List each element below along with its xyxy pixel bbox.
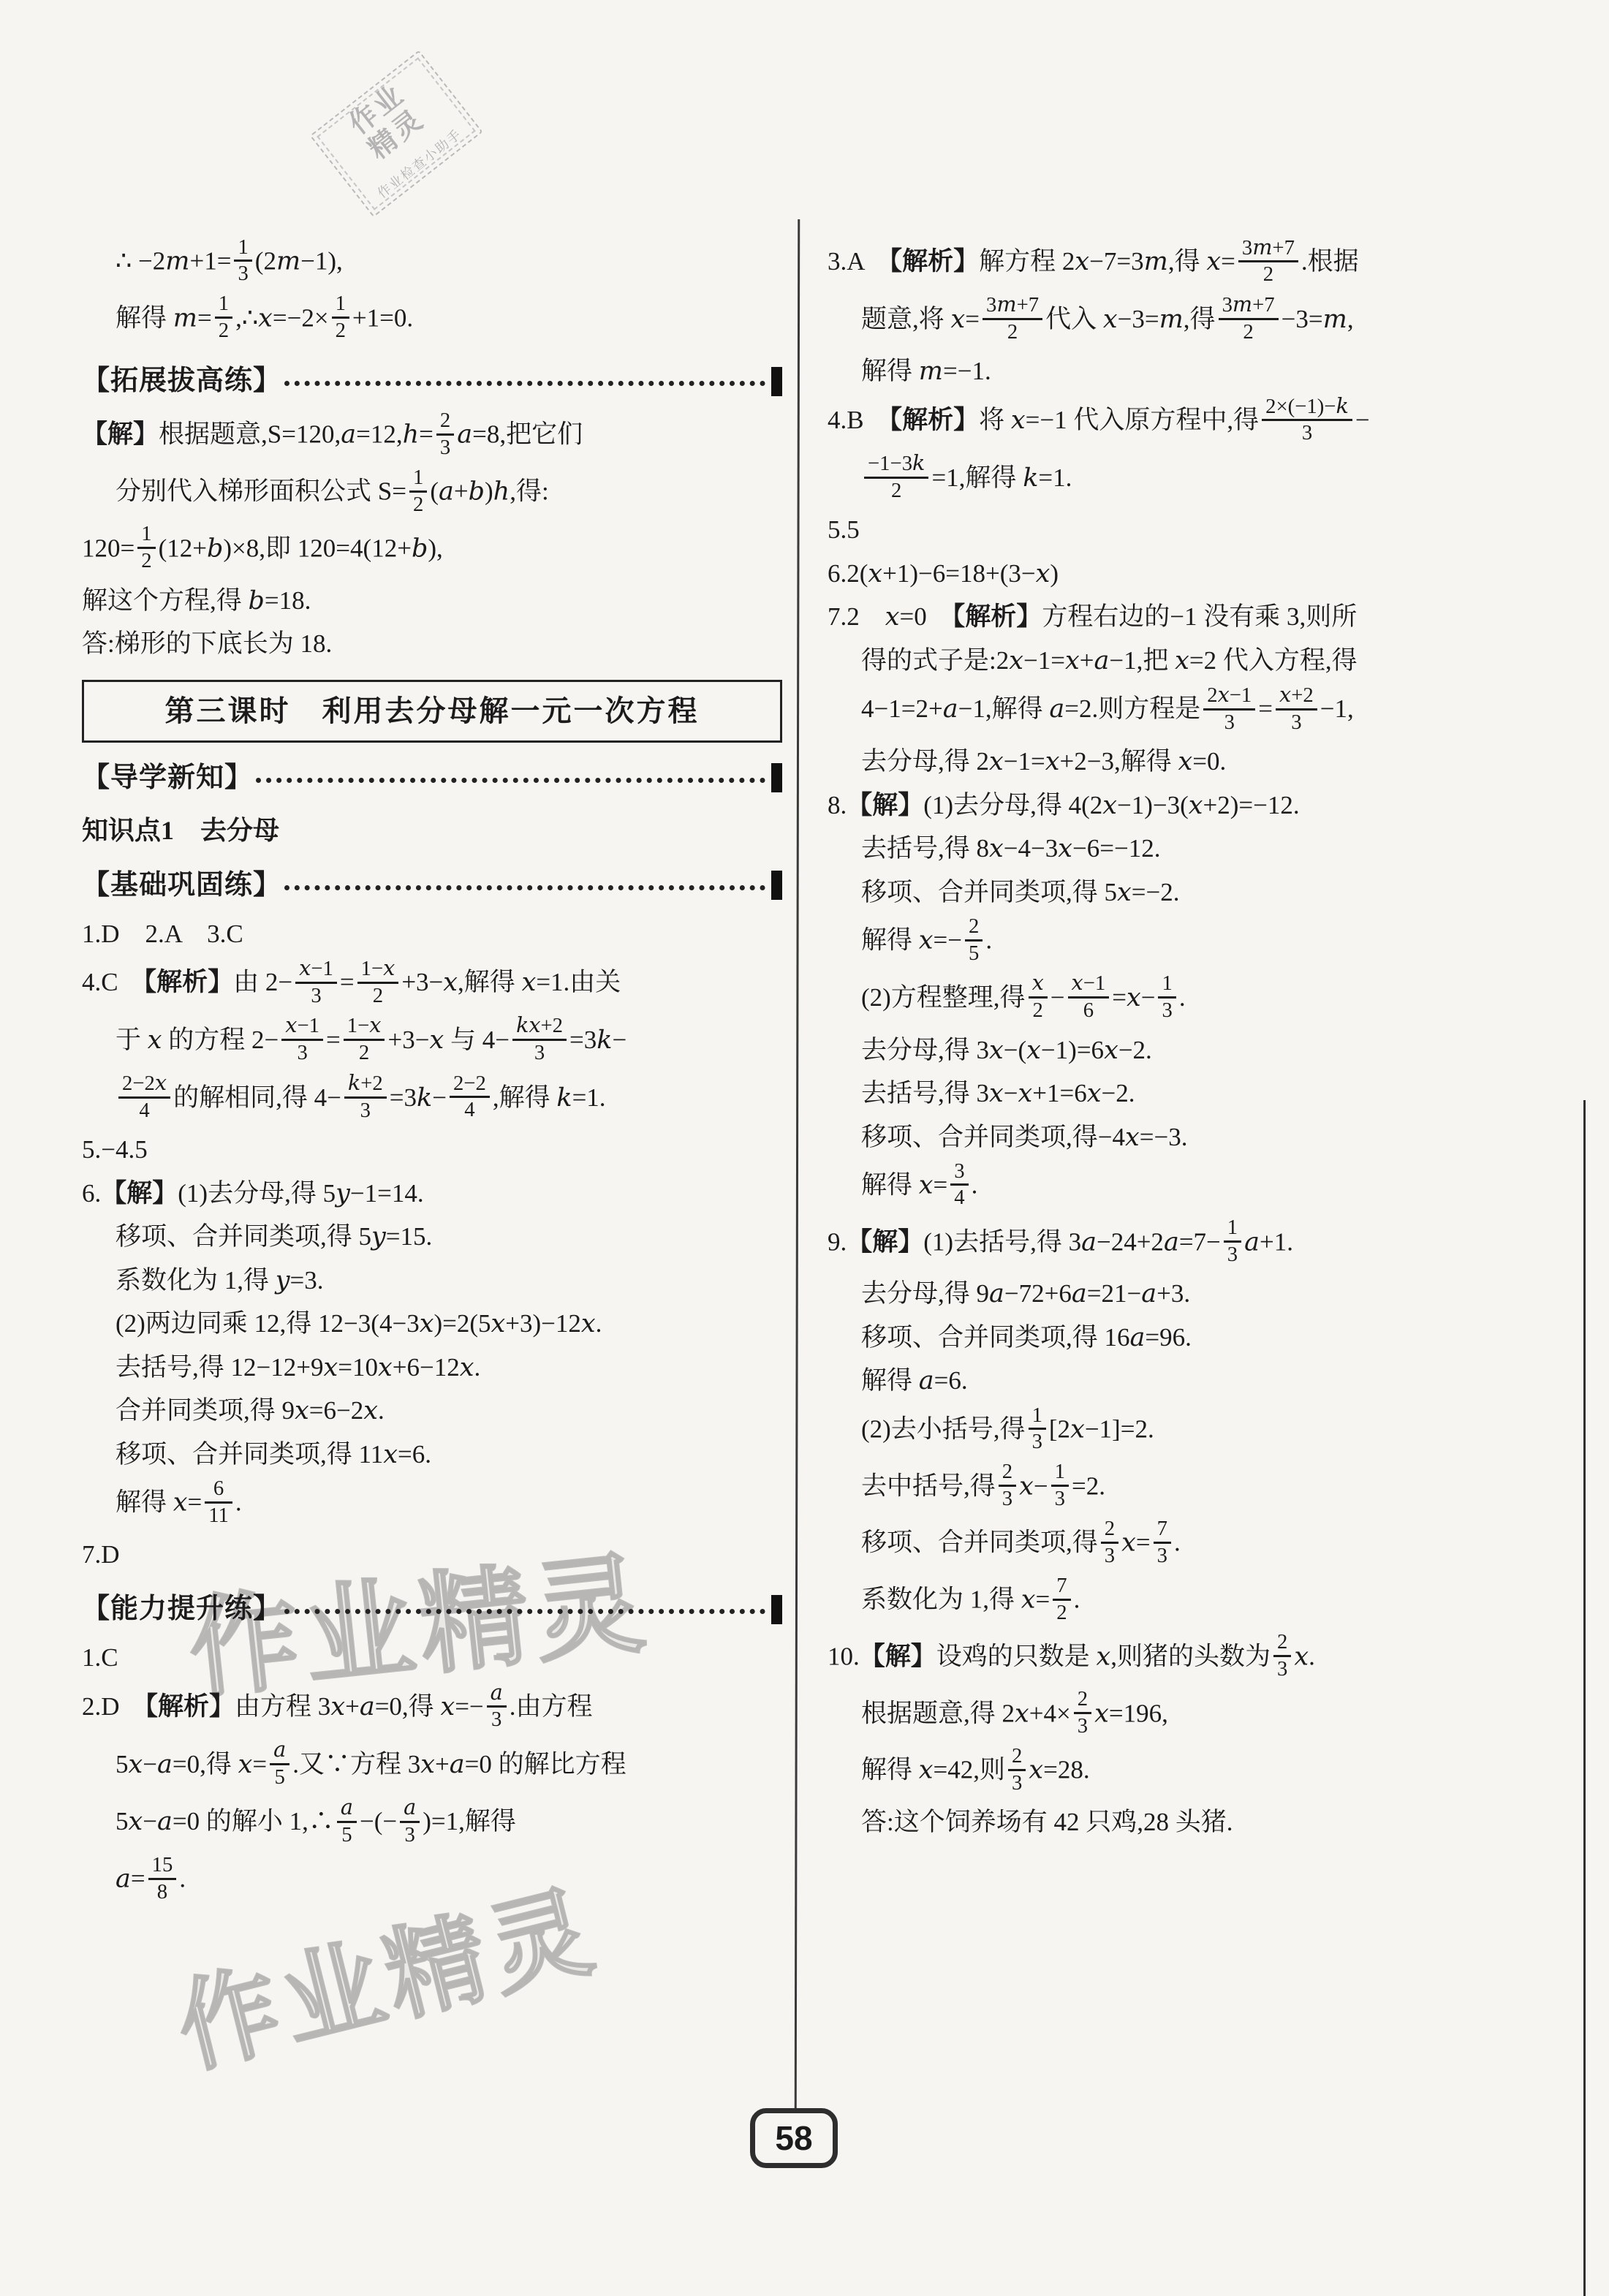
fraction: a3 — [400, 1795, 420, 1848]
right-column: 3.A 【解析】解方程 2x−7=3m,得 x=3m+72.根据题意,将 x=3… — [828, 232, 1529, 1847]
math-line: 8.【解】(1)去分母,得 4(2x−1)−3(x+2)=−12. — [828, 787, 1529, 825]
column-divider-line — [795, 219, 800, 2117]
math-line: 2−2x4的解相同,得 4−k+23=3k−2−24,解得 k=1. — [82, 1074, 782, 1126]
fraction: x+23 — [1276, 683, 1317, 735]
math-line: 解得 x=611. — [82, 1479, 782, 1531]
fraction: 25 — [965, 914, 983, 966]
math-line: a=158. — [82, 1855, 782, 1907]
dotted-leader — [256, 778, 765, 783]
page-number-badge: 58 — [750, 2108, 838, 2168]
math-line: 根据题意,得 2x+4×23x=196, — [828, 1690, 1529, 1742]
fraction: 34 — [950, 1159, 968, 1211]
fraction: 158 — [148, 1853, 177, 1905]
math-line: 【解】根据题意,S=120,a=12,h=23a=8,把它们 — [82, 411, 782, 463]
fraction: 23 — [1273, 1630, 1291, 1682]
math-line: 解得 m=−1. — [828, 352, 1529, 391]
fraction: 1−x2 — [344, 1013, 385, 1066]
left-column: ∴ −2m+1=13(2m−1),解得 m=12,∴x=−2×12+1=0.【拓… — [82, 232, 782, 1912]
fraction: 2−2x4 — [118, 1071, 170, 1124]
fraction: a3 — [487, 1681, 507, 1733]
math-line: 移项、合并同类项,得 5x=−2. — [828, 874, 1529, 912]
math-line: 去分母,得 3x−(x−1)=6x−2. — [828, 1031, 1529, 1070]
lesson-title-box: 第三课时 利用去分母解一元一次方程 — [82, 680, 782, 743]
fraction: 12 — [332, 292, 349, 344]
workbook-answer-page: 作业 精灵 作业检查小助手 作业精灵 作业精灵 ∴ −2m+1=13(2m−1)… — [0, 0, 1609, 2296]
section-heading: 【能力提升练】 — [82, 1588, 782, 1630]
section-heading-label: 【导学新知】 — [82, 757, 253, 799]
math-line: 去括号,得 3x−x+1=6x−2. — [828, 1075, 1529, 1113]
math-line: 1.D 2.A 3.C — [82, 915, 782, 954]
fraction: 12 — [409, 466, 427, 518]
math-line: 5x−a=0,得 x=a5.又∵方程 3x+a=0 的解比方程 — [82, 1740, 782, 1793]
math-line: 5x−a=0 的解小 1,∴a5−(−a3)=1,解得 — [82, 1797, 782, 1850]
math-line: 3.A 【解析】解方程 2x−7=3m,得 x=3m+72.根据 — [828, 238, 1529, 290]
math-line: 移项、合并同类项,得−4x=−3. — [828, 1118, 1529, 1157]
fraction: x2 — [1029, 971, 1048, 1023]
math-line: 4−1=2+a−1,解得 a=2.则方程是2x−13=x+23−1, — [828, 685, 1529, 738]
section-heading-label: 【能力提升练】 — [82, 1588, 281, 1630]
homework-checker-stamp-watermark: 作业 精灵 作业检查小助手 — [309, 50, 482, 218]
heading-end-bar — [771, 1595, 782, 1624]
fraction: −1−3k2 — [864, 451, 928, 504]
fraction: k+23 — [344, 1071, 387, 1124]
fraction: 13 — [1051, 1460, 1069, 1512]
fraction: 1−x2 — [357, 956, 399, 1009]
math-line: 去分母,得 2x−1=x+2−3,解得 x=0. — [828, 743, 1529, 781]
math-line: 7.2 x=0 【解析】方程右边的−1 没有乘 3,则所 — [828, 598, 1529, 637]
fraction: 3m+72 — [1219, 292, 1279, 345]
fraction: 12 — [137, 522, 155, 574]
math-line: 解得 x=−25. — [828, 917, 1529, 969]
math-line: 6.【解】(1)去分母,得 5y−1=14. — [82, 1175, 782, 1213]
math-line: 分别代入梯形面积公式 S=12(a+b)h,得: — [82, 468, 782, 520]
math-line: 去括号,得 12−12+9x=10x+6−12x. — [82, 1349, 782, 1387]
fraction: 72 — [1053, 1574, 1070, 1626]
math-line: 6.2(x+1)−6=18+(3−x) — [828, 555, 1529, 594]
fraction: 611 — [205, 1477, 232, 1528]
math-line: 5.5 — [828, 511, 1529, 550]
math-line: 120=12(12+b)×8,即 120=4(12+b), — [82, 525, 782, 577]
fraction: x−16 — [1068, 971, 1110, 1023]
math-line: 5.−4.5 — [82, 1131, 782, 1170]
fraction: x−13 — [295, 956, 337, 1009]
section-heading: 【拓展拔高练】 — [82, 360, 782, 402]
fraction: 23 — [436, 409, 454, 461]
math-line: 1.C — [82, 1639, 782, 1678]
math-line: 4.C 【解析】由 2−x−13=1−x2+3−x,解得 x=1.由关 — [82, 958, 782, 1011]
math-line: 解得 a=6. — [828, 1362, 1529, 1401]
heading-end-bar — [771, 871, 782, 900]
math-line: 去中括号,得23x−13=2. — [828, 1463, 1529, 1515]
math-line: (2)方程整理,得x2−x−16=x−13. — [828, 974, 1529, 1026]
heading-end-bar — [771, 367, 782, 396]
math-line: 解这个方程,得 b=18. — [82, 582, 782, 621]
fraction: 13 — [1224, 1216, 1241, 1268]
fraction: 2−24 — [450, 1072, 490, 1124]
math-line: (2)两边同乘 12,得 12−3(4−3x)=2(5x+3)−12x. — [82, 1305, 782, 1344]
dotted-leader — [284, 1609, 765, 1614]
math-line: 移项、合并同类项,得 5y=15. — [82, 1218, 782, 1257]
math-line: 10.【解】设鸡的只数是 x,则猪的头数为23x. — [828, 1633, 1529, 1685]
math-line: 答:梯形的下底长为 18. — [82, 625, 782, 664]
fraction: a5 — [337, 1795, 357, 1848]
section-heading: 【基础巩固练】 — [82, 865, 782, 906]
math-line: 合并同类项,得 9x=6−2x. — [82, 1392, 782, 1431]
math-line: 去括号,得 8x−4−3x−6=−12. — [828, 830, 1529, 868]
math-line: 得的式子是:2x−1=x+a−1,把 x=2 代入方程,得 — [828, 642, 1529, 681]
fraction: 2×(−1)−k3 — [1262, 394, 1352, 447]
fraction: 23 — [1008, 1744, 1026, 1796]
fraction: 73 — [1154, 1517, 1171, 1569]
fraction: x−13 — [281, 1013, 323, 1066]
section-heading: 【导学新知】 — [82, 757, 782, 799]
math-line: 解得 x=42,则23x=28. — [828, 1746, 1529, 1798]
math-line: 系数化为 1,得 y=3. — [82, 1262, 782, 1300]
fraction: a5 — [270, 1738, 289, 1790]
math-line: 系数化为 1,得 x=72. — [828, 1576, 1529, 1628]
math-line: 于 x 的方程 2−x−13=1−x2+3−x 与 4−kx+23=3k− — [82, 1016, 782, 1069]
math-line: 题意,将 x=3m+72代入 x−3=m,得3m+72−3=m, — [828, 295, 1529, 348]
page-number: 58 — [775, 2118, 812, 2158]
fraction: 3m+72 — [983, 292, 1042, 345]
fraction: 23 — [1101, 1517, 1118, 1569]
fraction: 13 — [1158, 971, 1175, 1023]
math-line: 移项、合并同类项,得 16a=96. — [828, 1319, 1529, 1357]
knowledge-point-label: 知识点1 去分母 — [82, 811, 782, 850]
heading-end-bar — [771, 763, 782, 792]
fraction: kx+23 — [512, 1013, 567, 1066]
math-line: 4.B 【解析】将 x=−1 代入原方程中,得2×(−1)−k3− — [828, 396, 1529, 449]
fraction: 2x−13 — [1203, 683, 1255, 735]
dotted-leader — [284, 885, 765, 890]
math-line: 去分母,得 9a−72+6a=21−a+3. — [828, 1275, 1529, 1314]
math-line: 9.【解】(1)去括号,得 3a−24+2a=7−13a+1. — [828, 1219, 1529, 1270]
math-line: 答:这个饲养场有 42 只鸡,28 头猪. — [828, 1803, 1529, 1842]
section-heading-label: 【拓展拔高练】 — [82, 360, 281, 402]
math-line: 移项、合并同类项,得23x=73. — [828, 1519, 1529, 1571]
page-edge-line — [1583, 1100, 1586, 2296]
math-line: 7.D — [82, 1536, 782, 1575]
math-line: ∴ −2m+1=13(2m−1), — [82, 238, 782, 289]
fraction: 3m+72 — [1238, 235, 1298, 288]
math-line: 解得 m=12,∴x=−2×12+1=0. — [82, 295, 782, 346]
section-heading-label: 【基础巩固练】 — [82, 865, 281, 906]
math-line: −1−3k2=1,解得 k=1. — [828, 454, 1529, 507]
dotted-leader — [284, 381, 765, 386]
math-line: 解得 x=34. — [828, 1162, 1529, 1213]
fraction: 13 — [1029, 1403, 1046, 1455]
fraction: 12 — [215, 292, 232, 344]
math-line: 2.D 【解析】由方程 3x+a=0,得 x=−a3.由方程 — [82, 1683, 782, 1735]
fraction: 23 — [1074, 1687, 1091, 1739]
math-line: 移项、合并同类项,得 11x=6. — [82, 1436, 782, 1474]
fraction: 23 — [999, 1460, 1016, 1512]
fraction: 13 — [234, 235, 251, 287]
math-line: (2)去小括号,得13[2x−1]=2. — [828, 1406, 1529, 1458]
